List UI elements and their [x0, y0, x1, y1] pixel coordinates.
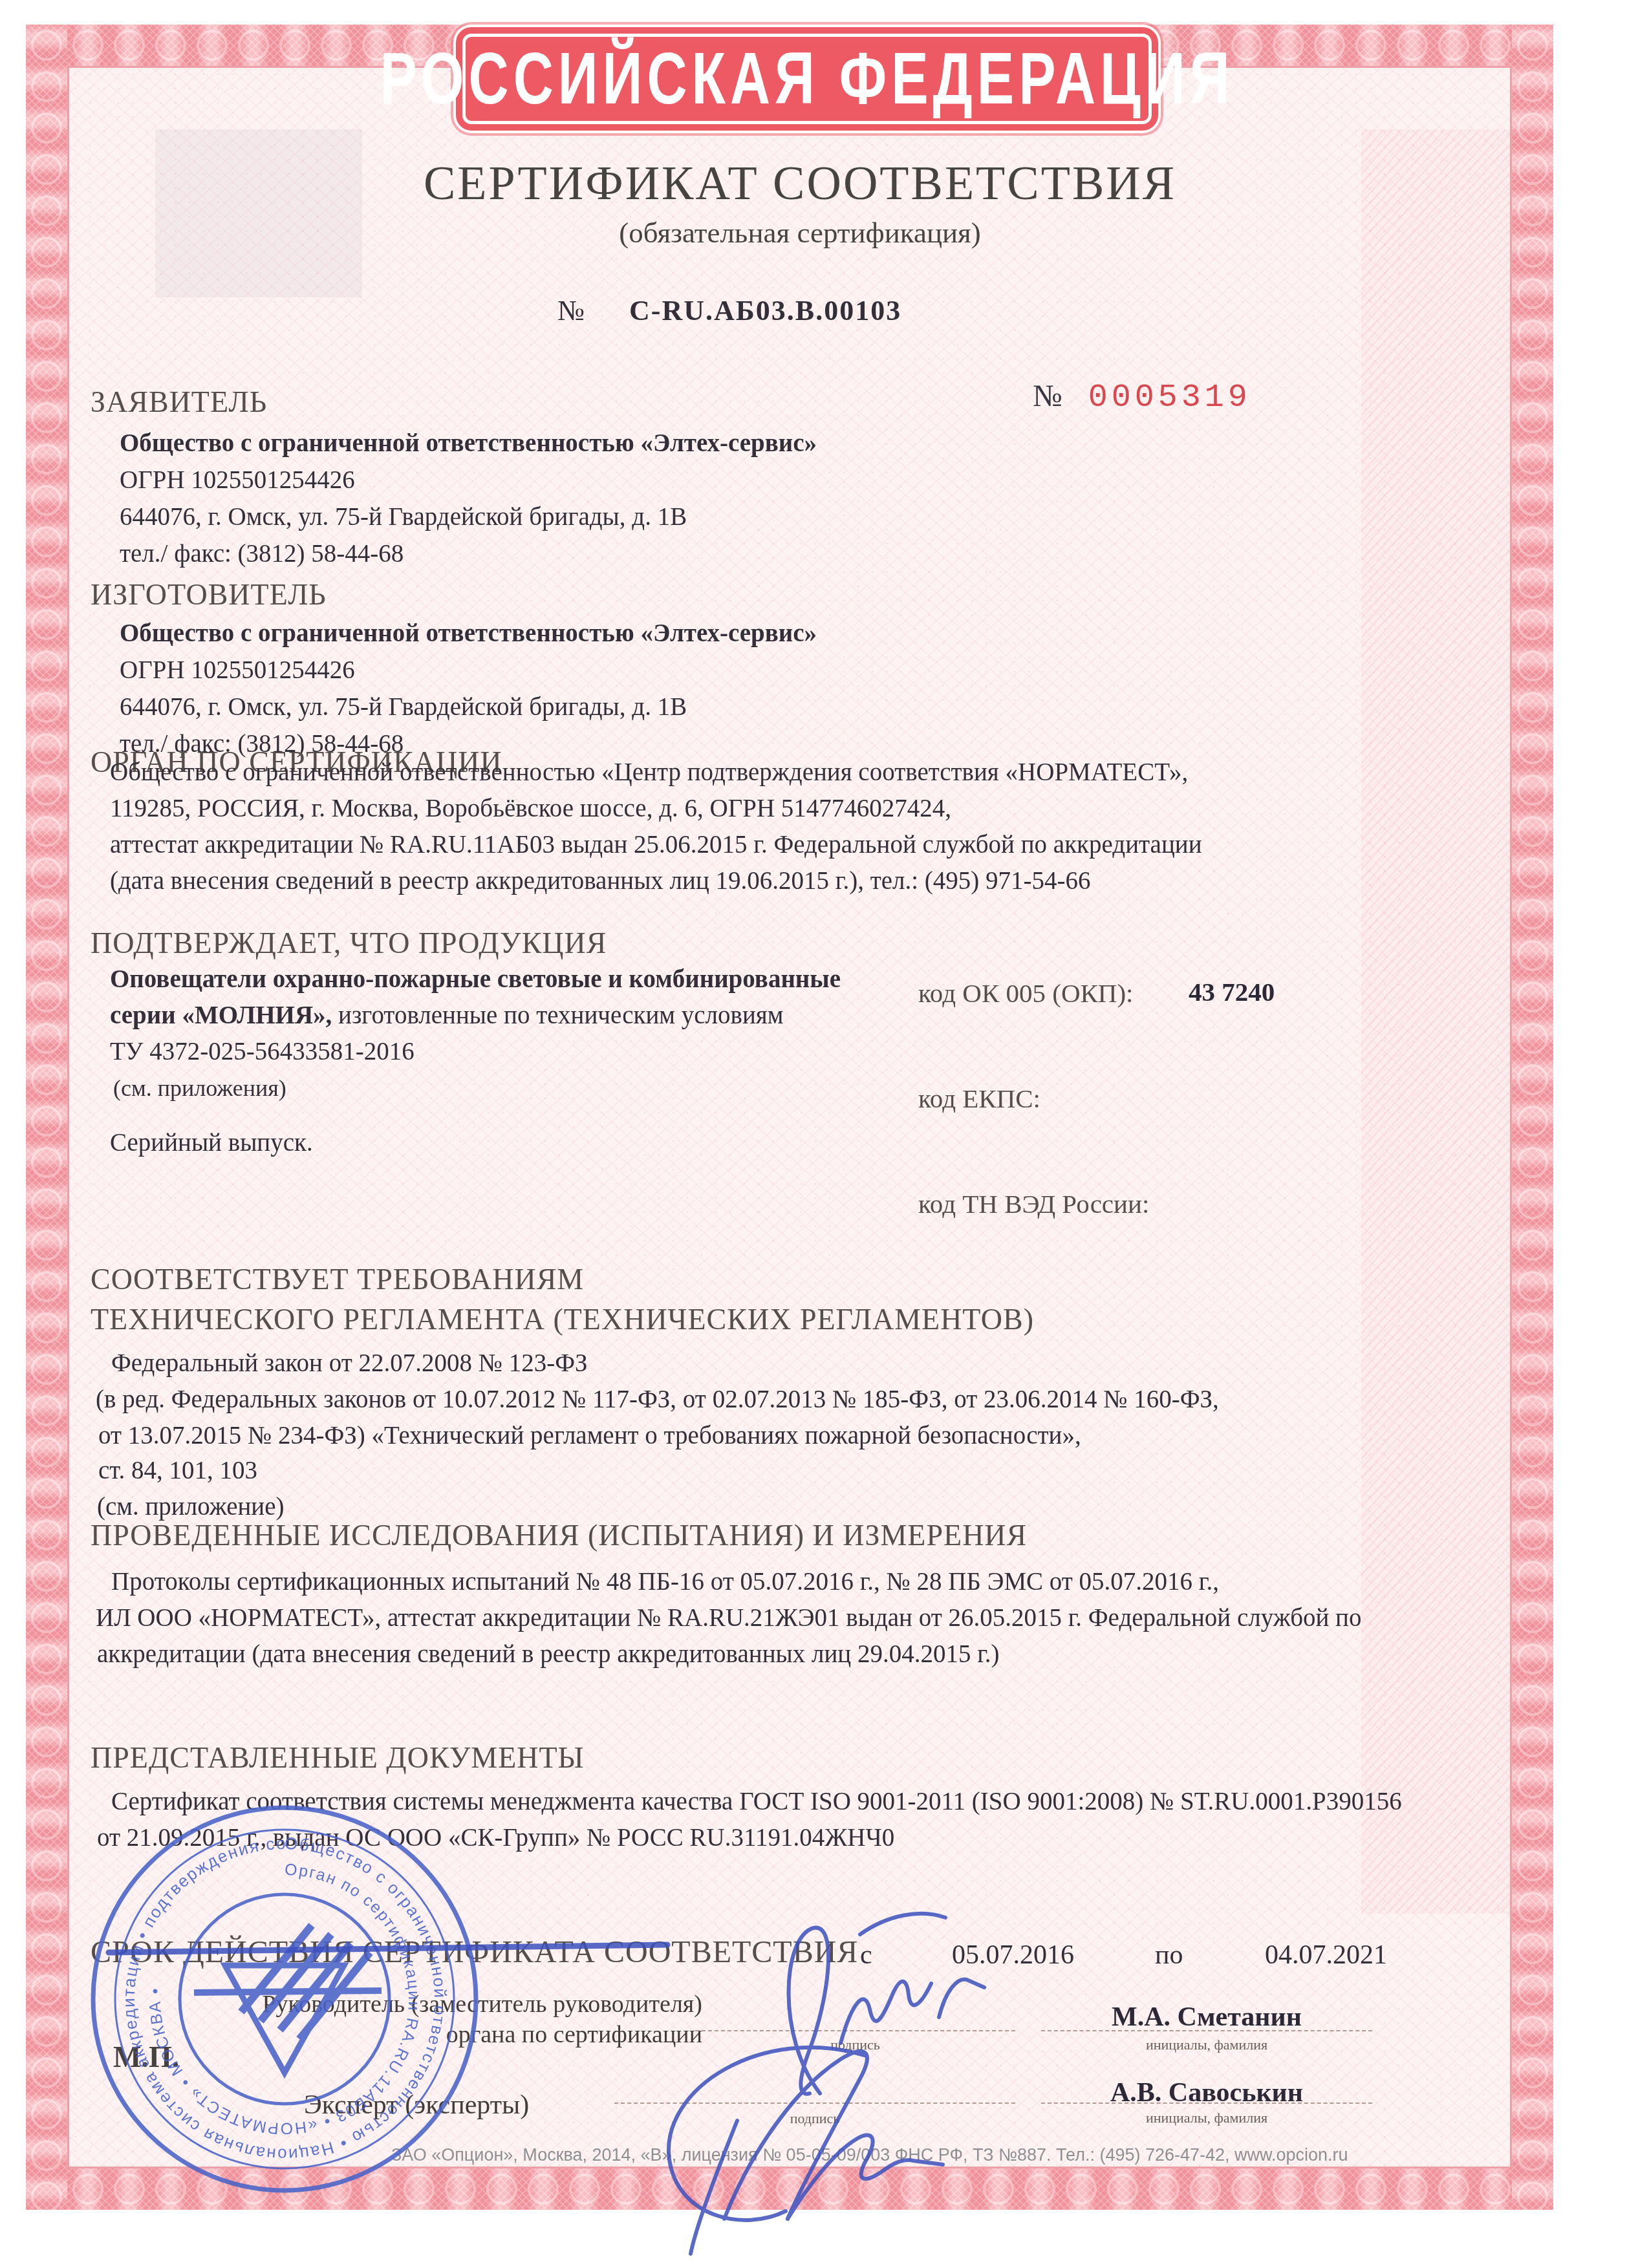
product-tu: ТУ 4372-025-56433581-2016: [110, 1037, 415, 1066]
product-series: серии «МОЛНИЯ»,: [110, 1001, 332, 1029]
blank-number-value: 0005319: [1088, 380, 1251, 416]
print-house-footer: ЗАО «Опцион», Москва, 2014, «В», лицензи…: [391, 2145, 1251, 2165]
compliance-line3: от 13.07.2015 № 234-ФЗ) «Технический рег…: [98, 1421, 1081, 1450]
product-line2-rest: изготовленные по техническим условиям: [332, 1001, 783, 1029]
scan-watermark: [155, 129, 362, 297]
stamp-inner-ring-text: Орган по сертификации RA.RU.11АБ03 • «НО…: [146, 1861, 423, 2137]
guilloche-column: [1361, 129, 1510, 1914]
head-signature-line: [695, 2030, 1015, 2031]
certificate-title: СЕРТИФИКАТ СООТВЕТСТВИЯ: [231, 156, 1369, 211]
tnved-code-label: код ТН ВЭД России:: [918, 1188, 1149, 1219]
head-name-label: инициалы, фамилия: [1041, 2037, 1372, 2053]
svg-text:Орган по сертификации RA.RU.11: Орган по сертификации RA.RU.11АБ03 • «НО…: [146, 1861, 423, 2137]
product-line1: Оповещатели охранно-пожарные световые и …: [110, 965, 841, 994]
expert-signature-line: [614, 2102, 1015, 2104]
documents-heading: ПРЕДСТАВЛЕННЫЕ ДОКУМЕНТЫ: [91, 1740, 585, 1775]
ekps-code-label: код ЕКПС:: [918, 1083, 1040, 1114]
cert-body-line2: 119285, РОССИЯ, г. Москва, Воробьёвское …: [110, 794, 951, 823]
validity-to-label: по: [1155, 1940, 1183, 1971]
product-serial: Серийный выпуск.: [110, 1128, 313, 1157]
validity-from-label: с: [860, 1940, 872, 1971]
head-name: М.А. Сметанин: [1041, 2002, 1372, 2033]
applicant-heading: ЗАЯВИТЕЛЬ: [91, 385, 267, 419]
manufacturer-name: Общество с ограниченной ответственностью…: [120, 619, 817, 648]
product-heading: ПОДТВЕРЖДАЕТ, ЧТО ПРОДУКЦИЯ: [91, 926, 607, 960]
cert-body-line4: (дата внесения сведений в реестр аккреди…: [110, 866, 1091, 895]
manufacturer-ogrn: ОГРН 1025501254426: [120, 656, 355, 685]
manufacturer-address: 644076, г. Омск, ул. 75-й Гвардейской бр…: [120, 692, 687, 722]
okp-code-value: 43 7240: [1189, 976, 1275, 1007]
country-title: РОССИЙСКАЯ ФЕДЕРАЦИЯ: [380, 37, 1234, 122]
product-line2: серии «МОЛНИЯ», изготовленные по техниче…: [110, 1001, 783, 1030]
applicant-name: Общество с ограниченной ответственностью…: [120, 429, 817, 458]
cert-number-sign: №: [557, 295, 585, 326]
head-name-line: [1041, 2030, 1372, 2031]
compliance-line2: (в ред. Федеральных законов от 10.07.201…: [96, 1385, 1219, 1414]
border-right: [1512, 25, 1553, 2210]
validity-from-date: 05.07.2016: [952, 1940, 1074, 1971]
compliance-heading1: СООТВЕТСТВУЕТ ТРЕБОВАНИЯМ: [91, 1262, 584, 1296]
cert-number-value: C-RU.АБ03.В.00103: [629, 295, 901, 326]
blank-number-row: № 0005319: [1033, 378, 1251, 416]
certificate-page: РОССИЙСКАЯ ФЕДЕРАЦИЯ СЕРТИФИКАТ СООТВЕТС…: [0, 0, 1649, 2268]
head-signature-label: подпись: [695, 2037, 1015, 2053]
product-see-annex: (см. приложения): [113, 1075, 286, 1102]
validity-to-date: 04.07.2021: [1265, 1940, 1387, 1971]
border-left: [26, 25, 67, 2210]
tests-line2: ИЛ ООО «НОРМАТЕСТ», аттестат аккредитаци…: [96, 1603, 1361, 1632]
compliance-line1: Федеральный закон от 22.07.2008 № 123-ФЗ: [111, 1349, 588, 1378]
tests-line3: аккредитации (дата внесения сведений в р…: [97, 1640, 1000, 1669]
compliance-line5: (см. приложение): [97, 1492, 285, 1521]
cert-number-row: № C-RU.АБ03.В.00103: [557, 294, 901, 327]
compliance-heading2: ТЕХНИЧЕСКОГО РЕГЛАМЕНТА (ТЕХНИЧЕСКИХ РЕГ…: [91, 1302, 1034, 1336]
blank-number-sign: №: [1033, 379, 1062, 413]
expert-signature-label: подпись: [614, 2110, 1015, 2127]
tests-heading: ПРОВЕДЕННЫЕ ИССЛЕДОВАНИЯ (ИСПЫТАНИЯ) И И…: [91, 1518, 1027, 1552]
cert-body-line3: аттестат аккредитации № RA.RU.11АБ03 выд…: [110, 830, 1202, 859]
header-banner-frame: РОССИЙСКАЯ ФЕДЕРАЦИЯ: [462, 34, 1152, 124]
compliance-line4: ст. 84, 101, 103: [98, 1456, 257, 1485]
certificate-subtitle: (обязательная сертификация): [231, 216, 1369, 250]
round-stamp: Общество с ограниченной ответственностью…: [84, 1799, 485, 2199]
applicant-ogrn: ОГРН 1025501254426: [120, 465, 355, 495]
applicant-address: 644076, г. Омск, ул. 75-й Гвардейской бр…: [120, 502, 687, 531]
okp-code-label: код ОК 005 (ОКП):: [918, 978, 1133, 1009]
header-banner: РОССИЙСКАЯ ФЕДЕРАЦИЯ: [456, 27, 1158, 131]
applicant-phone: тел./ факс: (3812) 58-44-68: [120, 539, 404, 568]
cert-body-line1: Общество с ограниченной ответственностью…: [110, 758, 1188, 787]
manufacturer-heading: ИЗГОТОВИТЕЛЬ: [91, 577, 327, 612]
expert-name-line: [1041, 2102, 1372, 2104]
stamp-logo: [194, 1925, 382, 2073]
expert-name-label: инициалы, фамилия: [1041, 2110, 1372, 2126]
tests-line1: Протоколы сертификационных испытаний № 4…: [111, 1567, 1219, 1596]
